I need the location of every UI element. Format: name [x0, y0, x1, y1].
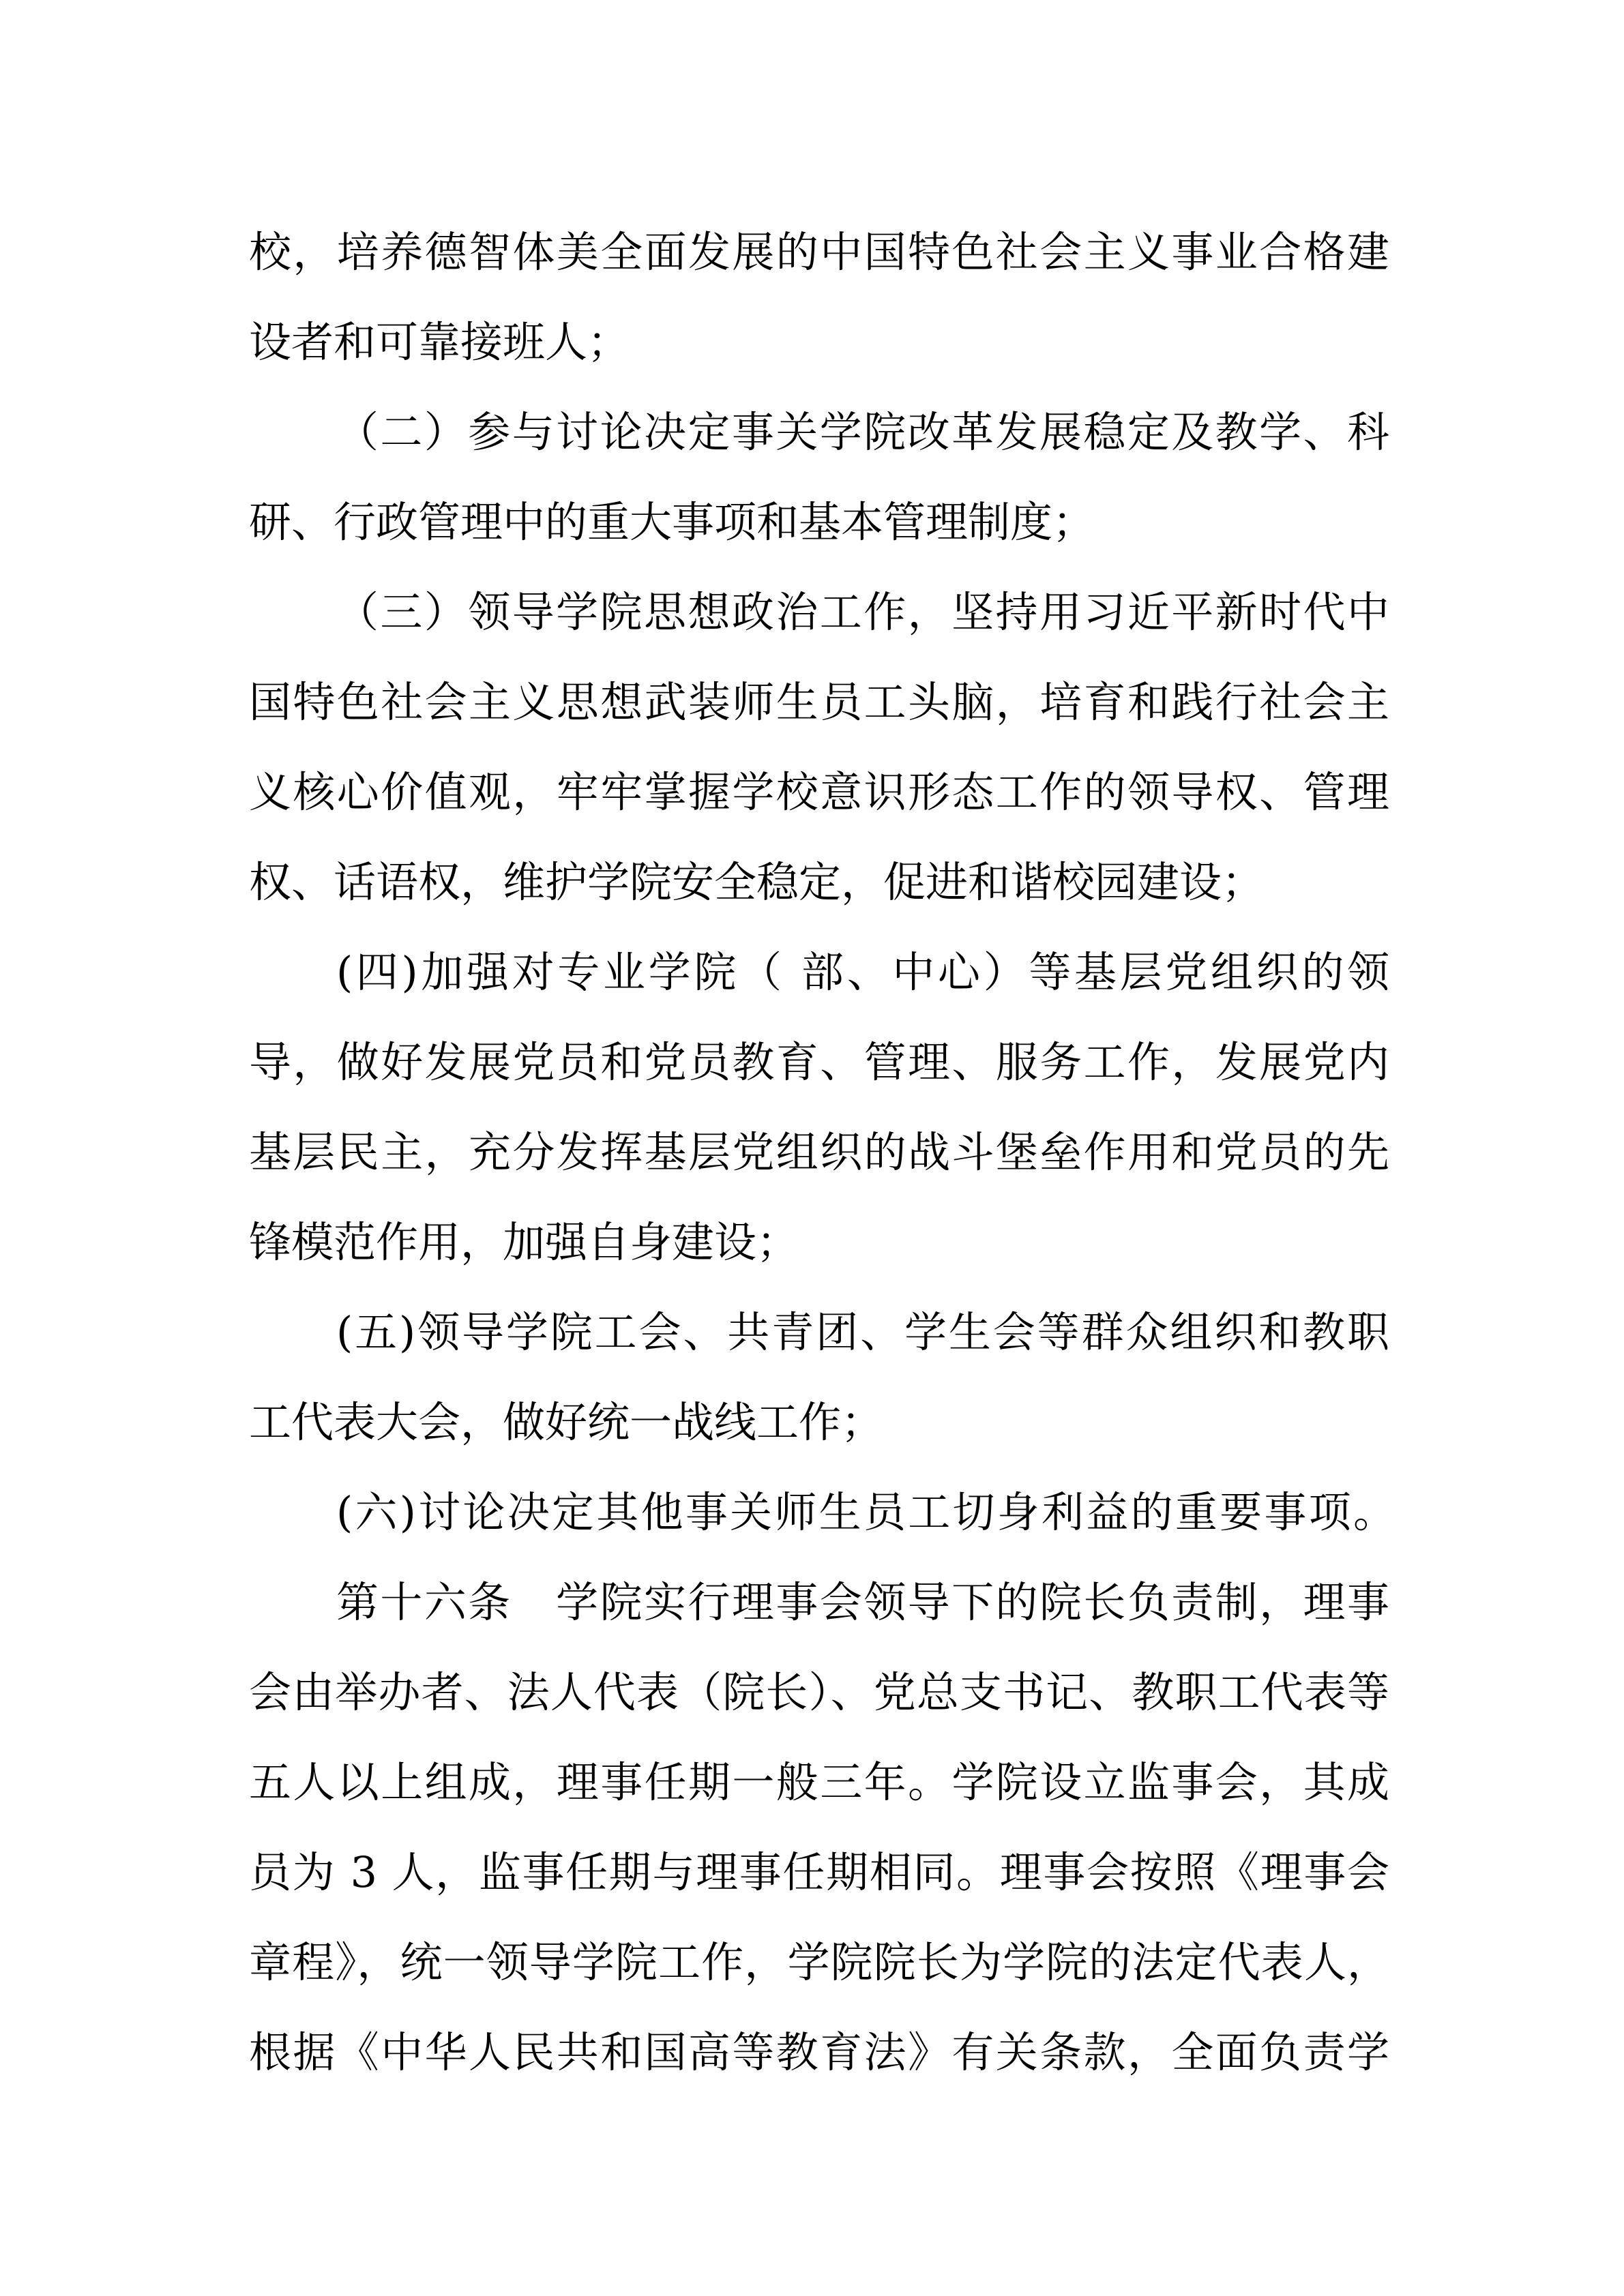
text-line: 第十六条 学院实行理事会领导下的院长负责制，理事: [336, 1575, 1389, 1630]
text-line: （三）领导学院思想政治工作，坚持用习近平新时代中: [336, 585, 1389, 640]
text-line: (六)讨论决定其他事关师生员工切身利益的重要事项。: [336, 1485, 1396, 1540]
text-line: 导，做好发展党员和党员教育、管理、服务工作，发展党内: [249, 1035, 1389, 1090]
text-line: (四)加强对专业学院（ 部、中心）等基层党组织的领: [336, 945, 1389, 1000]
text-line: 国特色社会主义思想武装师生员工头脑，培育和践行社会主: [249, 675, 1389, 730]
text-line: 五人以上组成，理事任期一般三年。学院设立监事会，其成: [249, 1755, 1389, 1810]
text-line: (五)领导学院工会、共青团、学生会等群众组织和教职: [336, 1305, 1389, 1360]
text-line: 研、行政管理中的重大事项和基本管理制度；: [249, 495, 1389, 550]
text-line: 权、话语权，维护学院安全稳定，促进和谐校园建设；: [249, 855, 1389, 910]
document-page: 校，培养德智体美全面发展的中国特色社会主义事业合格建 设者和可靠接班人； （二）…: [0, 0, 1624, 2296]
text-line: 义核心价值观，牢牢掌握学校意识形态工作的领导权、管理: [249, 765, 1389, 820]
text-line: 根据《中华人民共和国高等教育法》有关条款，全面负责学: [249, 2025, 1389, 2080]
text-line: 工代表大会，做好统一战线工作；: [249, 1395, 1389, 1450]
text-line: 设者和可靠接班人；: [249, 315, 1389, 370]
text-line: 章程》，统一领导学院工作，学院院长为学院的法定代表人，: [249, 1935, 1389, 1990]
text-line: 校，培养德智体美全面发展的中国特色社会主义事业合格建: [249, 225, 1389, 280]
text-line: 基层民主，充分发挥基层党组织的战斗堡垒作用和党员的先: [249, 1125, 1389, 1180]
text-line: 锋模范作用，加强自身建设；: [249, 1215, 1389, 1270]
text-line: 会由举办者、法人代表（院长）、党总支书记、教职工代表等: [249, 1665, 1389, 1720]
text-line: （二）参与讨论决定事关学院改革发展稳定及教学、科: [336, 405, 1389, 460]
text-line: 员为 3 人，监事任期与理事任期相同。理事会按照《理事会: [249, 1845, 1389, 1900]
